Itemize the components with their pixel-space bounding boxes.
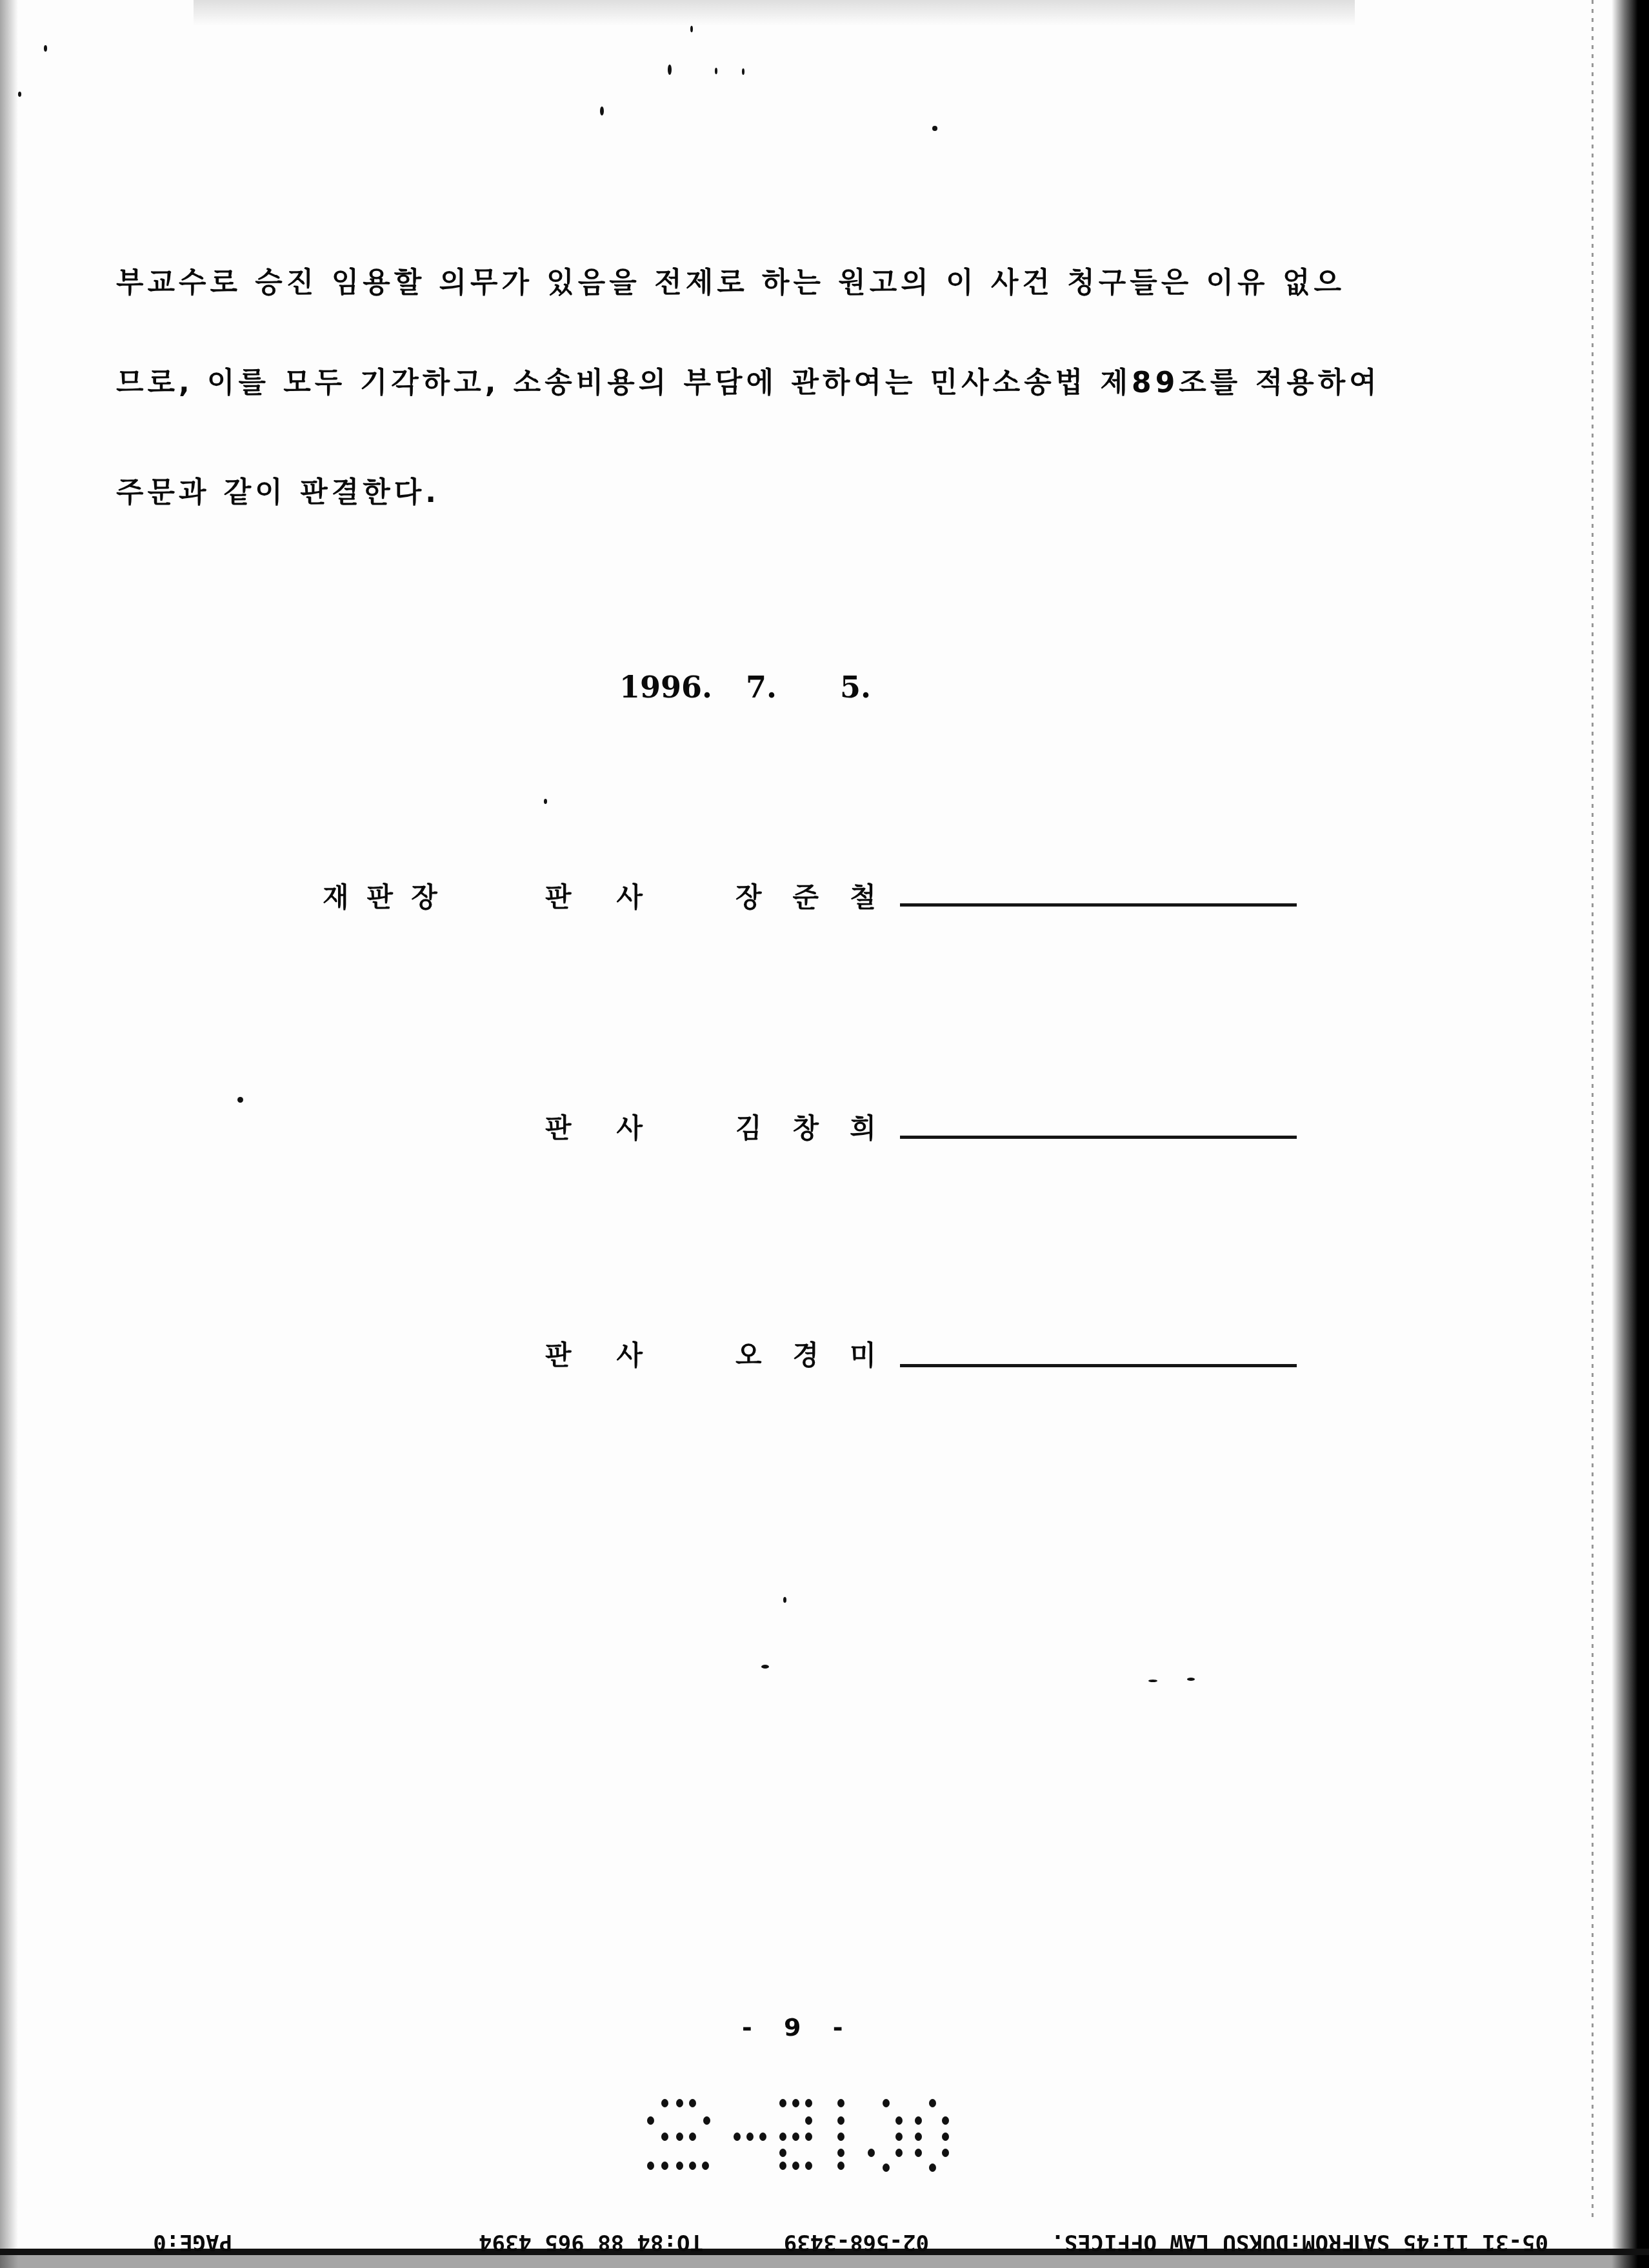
scan-speck	[783, 1597, 786, 1603]
fax-sender: FROM:DUKSU LAW OFFICES.	[1051, 2229, 1355, 2255]
signature-row-judge: 판사 오경미	[0, 1334, 1649, 1386]
signature-role: 재판장	[323, 876, 455, 915]
signature-row-presiding-judge: 재판장 판사 장준철	[0, 876, 1649, 928]
dot-matrix-stamp	[645, 2081, 1006, 2178]
judgment-date: 1996. 7. 5.	[619, 670, 871, 705]
fax-recipient: TO:84 88 965 4394	[479, 2229, 703, 2255]
signature-line	[900, 1136, 1297, 1139]
date-month: 7.	[746, 670, 830, 705]
signature-name: 김창희	[735, 1107, 907, 1146]
judgment-text-line: 주문과 같이 판결한다.	[116, 469, 440, 510]
scan-speck	[761, 1665, 769, 1669]
scan-speck	[237, 1097, 243, 1103]
signature-row-judge: 판사 김창희	[0, 1107, 1649, 1159]
scan-speck	[18, 92, 21, 97]
signature-line	[900, 903, 1297, 907]
signature-line	[900, 1364, 1297, 1367]
fax-transmission-header: 05-31 11:45 SAT FROM:DUKSU LAW OFFICES. …	[39, 2223, 1548, 2255]
scan-top-shadow	[194, 0, 1355, 26]
scan-speck	[668, 65, 672, 75]
scan-speck	[742, 68, 745, 75]
signature-title: 판사	[545, 1107, 688, 1146]
scan-speck	[1187, 1678, 1195, 1681]
scan-speck	[932, 126, 937, 131]
scan-speck	[600, 106, 604, 115]
signature-title: 판사	[545, 1334, 688, 1373]
scanned-page: 부교수로 승진 임용할 의무가 있음을 전제로 하는 원고의 이 사건 청구들은…	[0, 0, 1649, 2268]
signature-title: 판사	[545, 876, 688, 915]
scan-speck	[544, 799, 547, 804]
fax-date-time: 05-31 11:45 SAT	[1350, 2229, 1548, 2255]
signature-name: 장준철	[735, 876, 907, 915]
signature-name: 오경미	[735, 1334, 907, 1373]
fax-sender-phone: 02-568-3439	[784, 2229, 929, 2255]
judgment-text-line: 므로, 이를 모두 기각하고, 소송비용의 부담에 관하여는 민사소송법 제89…	[116, 359, 1381, 401]
date-day: 5.	[840, 670, 871, 705]
date-year: 1996.	[619, 670, 735, 705]
scan-speck	[690, 26, 693, 32]
scan-speck	[715, 68, 717, 74]
judgment-text-line: 부교수로 승진 임용할 의무가 있음을 전제로 하는 원고의 이 사건 청구들은…	[116, 259, 1345, 301]
scan-speck	[1148, 1680, 1157, 1682]
fax-page: PAGE:0	[153, 2229, 232, 2255]
page-number: - 9 -	[742, 2013, 854, 2042]
scan-speck	[44, 45, 47, 52]
